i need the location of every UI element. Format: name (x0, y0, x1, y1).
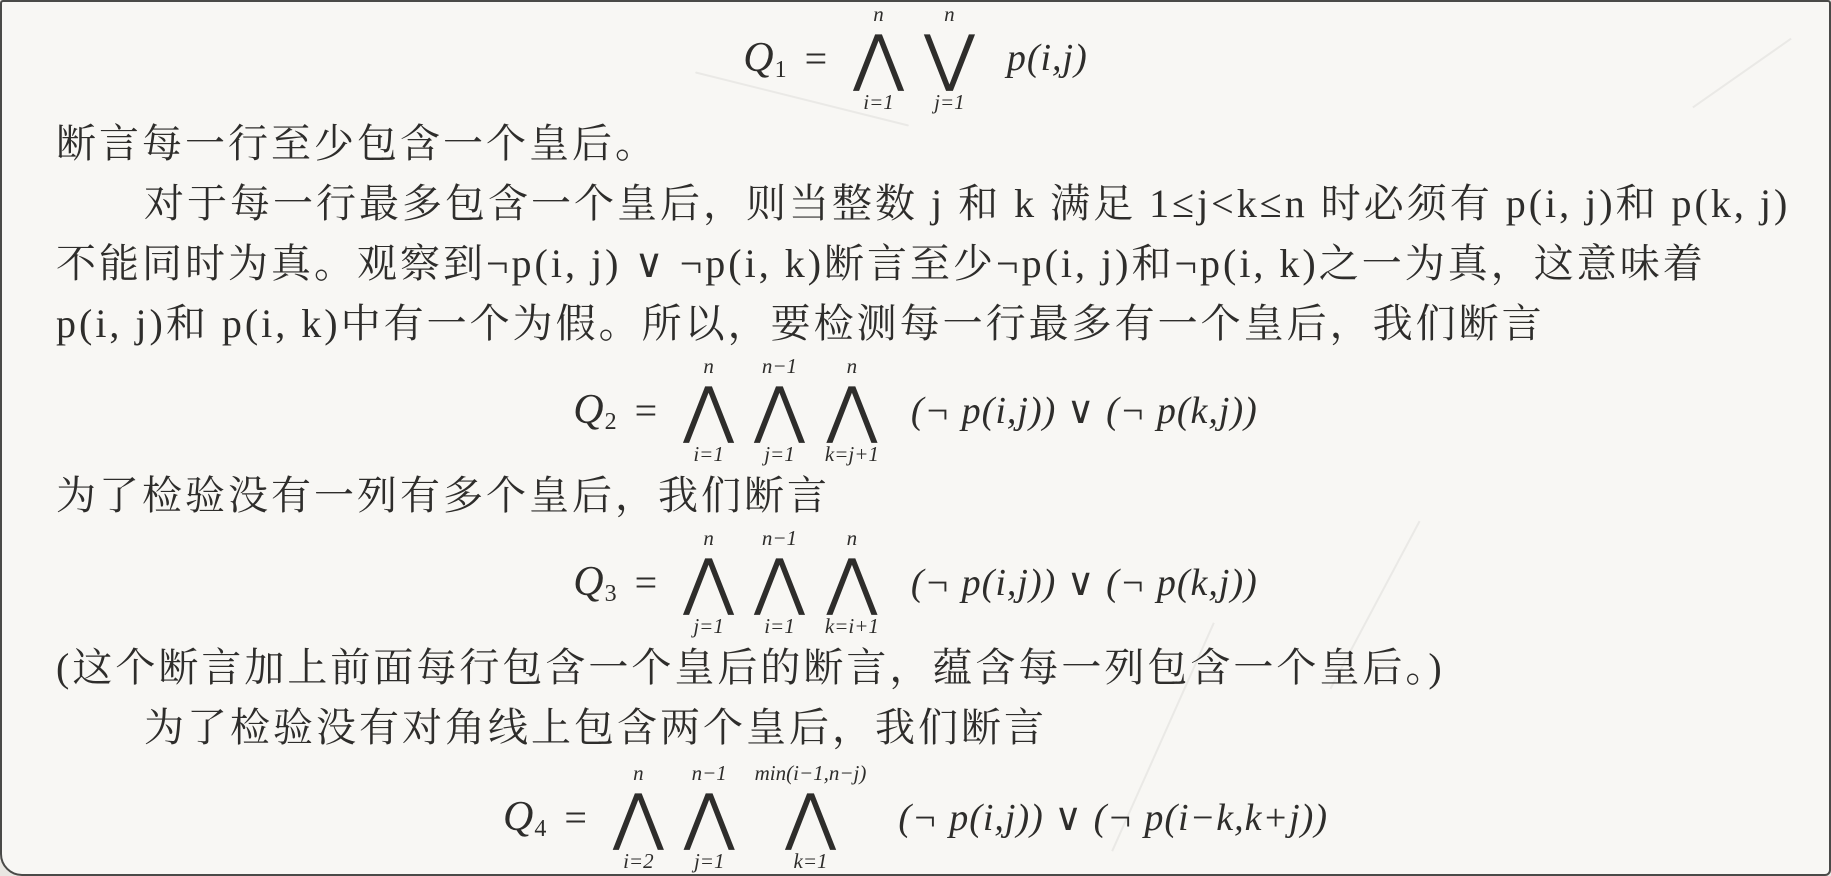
big-wedge-symbol: ⋀ (684, 788, 735, 845)
nary-and-operator: min(i−1,n−j) ⋀ k=1 (755, 761, 867, 873)
nary-and-operator: n−1 ⋀ j=1 (684, 761, 735, 873)
equals-sign: = (564, 794, 587, 841)
lower-limit: k=j+1 (825, 442, 879, 466)
big-wedge-symbol: ⋀ (683, 381, 734, 438)
paragraph-line: (这个断言加上前面每行包含一个皇后的断言，蕴含每一列包含一个皇后。) (2, 638, 1829, 698)
formula-lhs: Q2 (573, 386, 616, 434)
big-wedge-symbol: ⋀ (785, 788, 836, 845)
formula-expression: (¬ p(i,j)) ∨ (¬ p(i−k,k+j)) (898, 795, 1328, 840)
paragraph-line: 为了检验没有对角线上包含两个皇后，我们断言 (2, 698, 1829, 758)
formula-q4: Q4 = n ⋀ i=2 n−1 ⋀ j=1 min(i−1,n−j) ⋀ k=… (2, 758, 1829, 876)
lower-limit: i=1 (863, 90, 894, 114)
big-wedge-symbol: ⋀ (754, 553, 805, 610)
formula-q1: Q1 = n ⋀ i=1 n ⋁ j=1 p(i,j) (2, 2, 1829, 114)
big-wedge-symbol: ⋀ (826, 381, 877, 438)
lower-limit: i=1 (693, 442, 724, 466)
formula-expression: (¬ p(i,j)) ∨ (¬ p(k,j)) (911, 388, 1258, 433)
nary-and-operator: n ⋀ i=2 (613, 761, 664, 873)
nary-and-operator: n ⋀ k=j+1 (825, 354, 879, 466)
big-wedge-symbol: ⋀ (683, 553, 734, 610)
paragraph-line: p(i, j)和 p(i, k)中有一个为假。所以，要检测每一行最多有一个皇后，… (2, 294, 1829, 354)
nary-and-operator: n ⋀ i=1 (853, 2, 904, 114)
formula-expression: p(i,j) (1007, 36, 1088, 80)
equals-sign: = (805, 35, 828, 82)
lower-limit: j=1 (764, 442, 795, 466)
formula-lhs: Q1 (743, 34, 786, 82)
big-wedge-symbol: ⋀ (613, 788, 664, 845)
equals-sign: = (635, 387, 658, 434)
paragraph-line: 断言每一行至少包含一个皇后。 (2, 114, 1829, 174)
nary-or-operator: n ⋁ j=1 (924, 2, 975, 114)
lower-limit: k=1 (794, 849, 828, 873)
big-wedge-symbol: ⋀ (853, 29, 904, 86)
formula-lhs: Q3 (573, 558, 616, 606)
lower-limit: j=1 (934, 90, 965, 114)
paragraph-line: 为了检验没有一列有多个皇后，我们断言 (2, 466, 1829, 526)
nary-and-operator: n−1 ⋀ j=1 (754, 354, 805, 466)
formula-expression: (¬ p(i,j)) ∨ (¬ p(k,j)) (911, 560, 1258, 605)
formula-q2: Q2 = n ⋀ i=1 n−1 ⋀ j=1 n ⋀ k=j+1 (¬ p(i,… (2, 354, 1829, 466)
paragraph-line: 对于每一行最多包含一个皇后，则当整数 j 和 k 满足 1≤j<k≤n 时必须有… (2, 174, 1829, 234)
nary-and-operator: n ⋀ k=i+1 (825, 526, 879, 638)
nary-and-operator: n−1 ⋀ i=1 (754, 526, 805, 638)
formula-q3: Q3 = n ⋀ j=1 n−1 ⋀ i=1 n ⋀ k=i+1 (¬ p(i,… (2, 526, 1829, 638)
lower-limit: j=1 (693, 614, 724, 638)
formula-lhs: Q4 (503, 793, 546, 841)
scanned-textbook-page: Q1 = n ⋀ i=1 n ⋁ j=1 p(i,j) 断言每一行至少包含一个皇… (0, 0, 1831, 876)
big-vee-symbol: ⋁ (924, 29, 975, 86)
big-wedge-symbol: ⋀ (754, 381, 805, 438)
lower-limit: k=i+1 (825, 614, 879, 638)
paragraph-line: 不能同时为真。观察到¬p(i, j) ∨ ¬p(i, k)断言至少¬p(i, j… (2, 234, 1829, 294)
big-wedge-symbol: ⋀ (826, 553, 877, 610)
lower-limit: i=2 (623, 849, 654, 873)
nary-and-operator: n ⋀ j=1 (683, 526, 734, 638)
lower-limit: j=1 (694, 849, 725, 873)
nary-and-operator: n ⋀ i=1 (683, 354, 734, 466)
lower-limit: i=1 (764, 614, 795, 638)
equals-sign: = (635, 559, 658, 606)
